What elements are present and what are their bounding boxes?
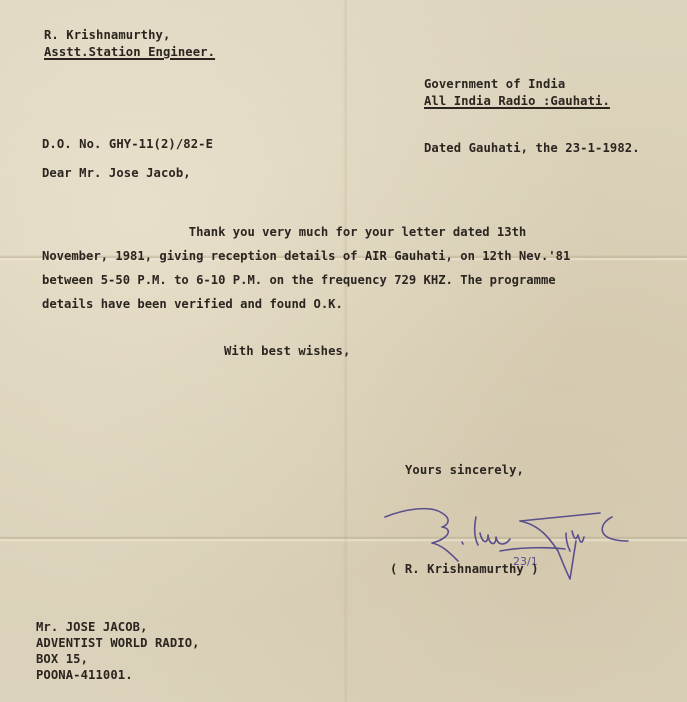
organization-line2: All India Radio :Gauhati.	[424, 94, 610, 109]
reference-number: D.O. No. GHY-11(2)/82-E	[42, 137, 213, 152]
date-line: Dated Gauhati, the 23-1-1982.	[424, 141, 640, 156]
body-line: between 5-50 P.M. to 6-10 P.M. on the fr…	[42, 268, 682, 292]
sender-name: R. Krishnamurthy,	[44, 28, 170, 43]
recipient-line: BOX 15,	[36, 652, 88, 667]
recipient-line: ADVENTIST WORLD RADIO,	[36, 636, 200, 651]
body-line: Thank you very much for your letter date…	[42, 220, 682, 244]
body-line: details have been verified and found O.K…	[42, 292, 682, 316]
salutation: Dear Mr. Jose Jacob,	[42, 166, 191, 181]
signatory-name: ( R. Krishnamurthy )	[390, 562, 539, 577]
letter-body: Thank you very much for your letter date…	[42, 220, 682, 316]
body-line: November, 1981, giving reception details…	[42, 244, 682, 268]
closing-wish: With best wishes,	[224, 344, 350, 359]
recipient-line: POONA-411001.	[36, 668, 133, 683]
sender-title: Asstt.Station Engineer.	[44, 45, 215, 60]
recipient-line: Mr. JOSE JACOB,	[36, 620, 148, 635]
complimentary-close: Yours sincerely,	[405, 463, 524, 478]
organization-line1: Government of India	[424, 77, 565, 92]
